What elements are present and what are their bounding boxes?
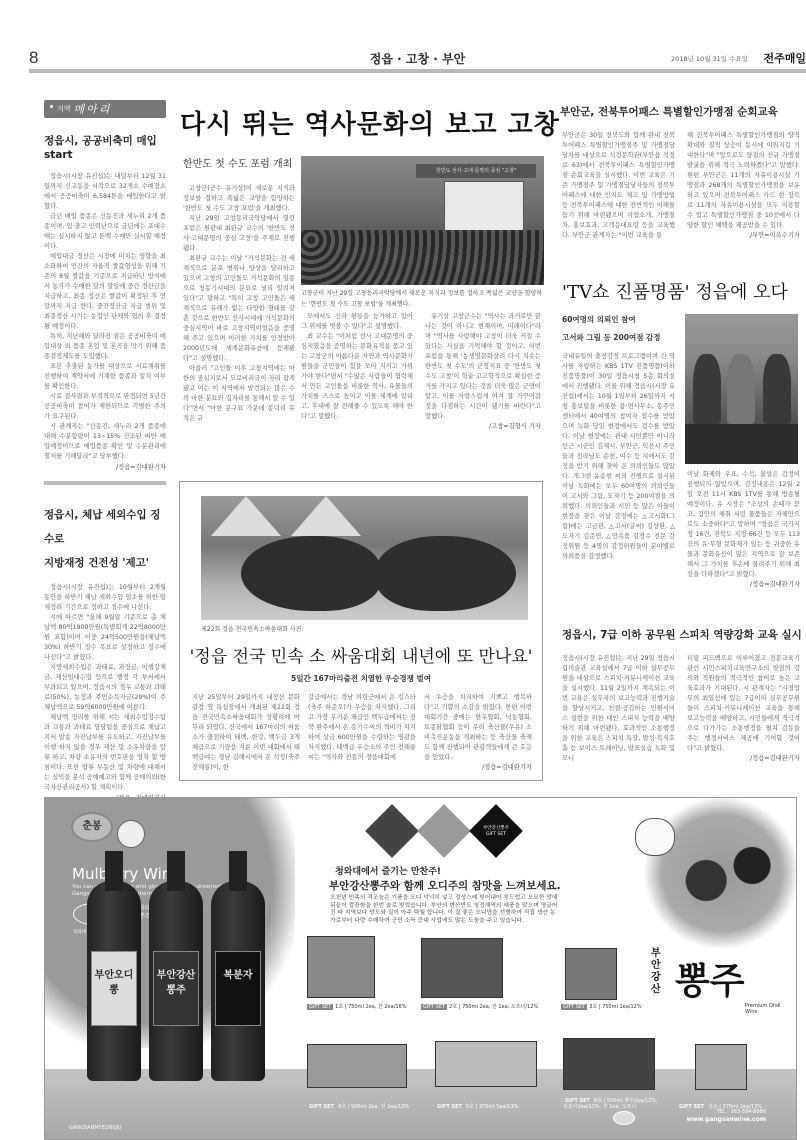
article-headline[interactable]: 'TV쇼 진품명품' 정읍에 오다 xyxy=(562,278,788,304)
gift-set-6-label: GIFT SET6호 | 500ml 뽕주2ea/12%, 복분자1ea/13%… xyxy=(563,1098,663,1110)
company-logo-icon xyxy=(613,1111,635,1125)
tv-show-photo[interactable] xyxy=(685,314,798,464)
article-column-3: 서 우승을 차지하여 기쁘고 행복하다"고 기쁨의 소감을 밝혔다. 한편 이번… xyxy=(424,693,532,773)
brand-vertical: 부안강산 xyxy=(651,948,663,996)
mascot-icon xyxy=(635,818,675,856)
byline: /정읍=김대완기자 xyxy=(424,763,532,773)
tag-small: 지역 xyxy=(57,104,71,114)
paragraph: 지난 29일 고창동리국악당에서 열린 포럼은 원광대 최완규 교수의 '한반도… xyxy=(183,214,295,254)
article-column-2: 모에서도 신라 왕릉을 능가하고 있어 그 위세를 엿볼 수 있다"고 설명했다… xyxy=(301,312,413,422)
tent xyxy=(291,496,361,536)
ad-title: Mulberry Wine xyxy=(72,865,181,883)
photo-banner: 한반도 선사·고대 문명의 중심 "고창" xyxy=(416,164,536,178)
brand-logo-big: 뽕주 xyxy=(675,953,745,1004)
paragraph: 최 교수는 "이처럼 선사 고대문명의 중심지였음을 증명하는 문화유적을 품고… xyxy=(301,332,413,422)
article-headline[interactable]: '정읍 전국 민속 소 싸움대회 내년에 또 만나요' xyxy=(180,642,542,667)
article-column-1: 국내유일의 출장감정 프로그램이며 긴 역사를 자랑하는 KBS 1TV 진품명… xyxy=(562,352,675,562)
article-headline[interactable]: 정읍시, 체납 세외수입 징수로 지방재정 건전성 '제고' xyxy=(44,503,166,575)
byline: /부안=이옥수기자 xyxy=(687,231,800,241)
gift-set-1-image[interactable] xyxy=(307,936,375,998)
sub-headline-2: 고서와 그림 등 200여점 감정 xyxy=(562,332,661,343)
paragraph: 지방세외수입은 과태료, 과징금, 이행강제금, 재산임대수입 등으로 행정 각… xyxy=(44,663,166,713)
gift-set-5-image[interactable] xyxy=(435,1041,537,1087)
paragraph: 매입대금 정산은 시장에 미치는 영향을 최소화하여 민간의 자율적 쌀값형성을… xyxy=(44,252,166,332)
paragraph: 금년 매입 품종은 신동진과 새누리 2개 품종이며, 입·출고 인력난으로 금… xyxy=(44,212,166,252)
article-body: 정읍시(시장 유진섭)는 내달부터 12월 31일까지 신교동을 시작으로 32… xyxy=(44,172,166,462)
paragraph: 표본 추출된 농가를 대상으로 시료채취를 진행하여 계약서에 기재한 품종과 … xyxy=(44,362,166,392)
wine-bottle: 부안강산 뽕주 xyxy=(149,881,203,1081)
article-column-1: 지난 25일부터 29일까지 내장산 문화광장 옆 특설장에서 개최된 제22회… xyxy=(192,693,300,773)
issue-date: 2018년 10월 31일 수요일 xyxy=(671,54,748,63)
gift-set-5-label: GIFT SET5호 | 375ml 5ea/13% xyxy=(435,1103,518,1110)
sub-headline: 5일간 167마리출전 치열한 우승경쟁 벌여 xyxy=(180,673,542,684)
person xyxy=(763,354,791,424)
person xyxy=(727,354,755,424)
leaf-image xyxy=(417,804,471,858)
headline-line-1: 정읍시, 체납 세외수입 징수로 xyxy=(44,503,166,551)
byline: /정읍=김대완기자 xyxy=(687,580,800,590)
sub-headline: 한반도 첫 수도 포럼 개최 xyxy=(183,155,292,170)
article-column-2: 해 전북투어패스 특별할인가맹점의 양적 확대와 질적 상승이 동시에 이뤄지길… xyxy=(687,131,800,241)
brand-mark: GANGSANMYEONGJU xyxy=(69,1125,122,1131)
photo-caption: 고창군이 지난 29일 고창동리국악당에서 새로운 지식과 정보를 접하고 폭넓… xyxy=(301,288,544,310)
article-headline[interactable]: 부안군, 전북투어패스 특별할인가맹점 순회교육 xyxy=(560,104,778,119)
page-header: 8 정읍 · 고창 · 부안 2018년 10월 31일 수요일 전주매일 xyxy=(29,46,806,74)
paragraph: 유기상 고창군수는 "역사는 과거로만 끝나는 것이 아니고 현재이며, 미래이… xyxy=(425,312,541,422)
bullfight-photo[interactable] xyxy=(201,496,528,620)
article-column-2: 이날 화제와 우표, 수석, 불상은 감정이 진행되지 않았으며, 감정내용은 … xyxy=(687,470,800,590)
gift-set-4-label: GIFT SET4호 | 500ml 2ea, 잔 2ea/12% xyxy=(307,1103,409,1110)
column-text: 터링 피드백으로 이루어졌고 전문교육기관인 시민스피치교육연구소의 양질의 강… xyxy=(687,655,800,752)
paragraph: 정읍시(시장 유진섭)는 10월부터 2개월 동안을 하반기 체납 세외수입 일… xyxy=(44,583,166,613)
left-column: 지역 메아리 정읍시, 공공비축미 매입 start 정읍시(시장 유진섭)는 … xyxy=(44,100,166,816)
article-headline[interactable]: 정읍시, 7급 이하 공무원 스피치 역량강화 교육 실시 xyxy=(562,627,802,642)
article-column-2: 강급에서는 경남 의령군에서 온 킹스타(축주 하준오)가 우승을 차지했다. … xyxy=(308,693,416,763)
paragraph: 특히, 지난해와 달라진 점은 공공비축미 매입대상 외 품종 혼입 및 혼곡을… xyxy=(44,332,166,362)
byline: /고창=김형식 기자 xyxy=(425,422,541,432)
ad-headline-2: 부안강산뽕주와 함께 오디주의 참맛을 느껴보세요. xyxy=(329,878,561,893)
paragraph: 시료 검사결과 부적격으로 판정되면 5년간 공공비축미 참여가 제한되므로 각… xyxy=(44,392,166,422)
bottle-label: 부안강산 뽕주 xyxy=(153,951,199,1026)
tag-big: 메아리 xyxy=(74,101,112,117)
gift-set-3-label: GIFT SET3호 | 750ml 1ea/12% xyxy=(561,1003,642,1010)
article-column-1: 부안군은 30일 전북도와 함께 관내 전북투어패스 특별할인가맹점주 및 가맹… xyxy=(562,131,675,241)
bull-right xyxy=(376,536,516,611)
article-column-2: 터링 피드백으로 이루어졌고 전문교육기관인 시민스피치교육연구소의 양질의 강… xyxy=(687,654,800,764)
brand-logo: 춘봉 xyxy=(71,812,113,842)
paragraph: 고창군(군수 유기상)이 새로운 지식과 정보를 접하고 폭넓은 교양을 함양하… xyxy=(183,184,295,214)
article-column-3: 유기상 고창군수는 "역사는 과거로만 끝나는 것이 아니고 현재이며, 미래이… xyxy=(425,312,541,432)
section-tag-bar: 지역 메아리 xyxy=(44,100,166,118)
bullet-icon xyxy=(50,105,53,108)
wine-bottle: 부안오디뽕 xyxy=(87,881,141,1081)
photo-caption: 제22회 정읍 전국민속소싸움대회 사진. xyxy=(201,624,303,633)
paragraph: 시에 따르면 "올해 9월말 기준으로 총 체납액 80억1900만원(특별회계… xyxy=(44,613,166,663)
ad-headline-1: 청와대에서 즐기는 만찬주! xyxy=(335,864,441,877)
paragraph: 정읍시(시장 유진섭)는 내달부터 12월 31일까지 신교동을 시작으로 32… xyxy=(44,172,166,212)
article-body: 정읍시(시장 유진섭)는 10월부터 2개월 동안을 하반기 체납 세외수입 일… xyxy=(44,583,166,793)
wine-bottle: 복분자 xyxy=(211,881,265,1081)
premium-label: Premium Ohdi Wine xyxy=(745,1003,785,1015)
berry-image xyxy=(365,804,419,858)
mascot-icon xyxy=(117,820,145,848)
tent xyxy=(211,496,281,536)
byline: /정읍=김대완기자 xyxy=(687,754,800,764)
column-text: 서 우승을 차지하여 기쁘고 행복하다"고 기쁨의 소감을 밝혔다. 한편 이번… xyxy=(424,694,532,761)
bottle-label: 부안오디뽕 xyxy=(91,951,137,1026)
paragraph: 모에서도 신라 왕릉을 능가하고 있어 그 위세를 엿볼 수 있다"고 설명했다… xyxy=(301,312,413,332)
gift-set-7-image[interactable] xyxy=(695,1044,747,1090)
gift-set-badge-label: 부안강산뽕주 GIFT SET xyxy=(479,826,513,838)
gift-set-2-label: GIFT SET2호 | 750ml 2ea, 잔 1ea, 오프너/12% xyxy=(421,1003,538,1010)
paragraph: 최완규 교수는 이날 "거석문화는 전 세계적으로 분포 범위나 양상을 달리하… xyxy=(183,254,295,364)
gift-set-3-image[interactable] xyxy=(565,948,617,1000)
newspaper-name: 전주매일 xyxy=(763,50,806,66)
column-text: 이날 화제와 우표, 수석, 불상은 감정이 진행되지 않았으며, 감정내용은 … xyxy=(687,471,800,578)
contact-info: TEL : 063-584-8980 www.gangsanwine.com xyxy=(687,1109,766,1123)
gift-set-1-label: GIFT SET1호 | 750ml 2ea, 잔 2ea/16% xyxy=(307,1003,407,1010)
sub-headline-1: 60여명의 의뢰인 참여 xyxy=(562,314,636,325)
article-column-1: 고창군(군수 유기상)이 새로운 지식과 정보를 접하고 폭넓은 교양을 함양하… xyxy=(183,184,295,424)
header-divider xyxy=(29,69,806,73)
column-text: 해 전북투어패스 특별할인가맹점의 양적 확대와 질적 상승이 동시에 이뤄지길… xyxy=(687,132,800,229)
byline: /정읍=김대완기자 xyxy=(44,462,166,471)
paragraph: 시 관계자는 "신동진, 새누리 2개 품종에 대해 수분함량이 13~15% … xyxy=(44,422,166,462)
diamond-images: 부안강산뽕주 GIFT SET xyxy=(365,808,515,856)
forum-photo[interactable]: 한반도 선사·고대 문명의 중심 "고창" xyxy=(301,156,544,285)
person xyxy=(693,354,721,424)
main-headline[interactable]: 다시 뛰는 역사문화의 보고 고창 xyxy=(180,104,540,141)
ad-body-copy: 오천년 민족의 격조높은 기품을 오디 넉넉히 넣고 정성스레 빚어내어 부드럽… xyxy=(330,895,560,925)
table xyxy=(685,424,798,464)
audience xyxy=(301,230,544,285)
article-column-1: 정읍시(시장 유진섭)는 지난 29일 정읍시립미술관 교육실에서 7급 이하 … xyxy=(562,654,675,764)
headline-line-2: 지방재정 건전성 '제고' xyxy=(44,551,166,575)
paragraph: 체납액 정리를 위해 시는 세외수입징수팀과 교통과 과태료 담당팀을 중심으로… xyxy=(44,713,166,793)
paragraph: 아울러 "고인돌 이후 고창지역에는 마한의 중심지로서 모로비리국이 자리 잡… xyxy=(183,364,295,424)
bullfight-article-box: 제22회 정읍 전국민속소싸움대회 사진. '정읍 전국 민속 소 싸움대회 내… xyxy=(179,481,543,781)
gift-set-4-image[interactable] xyxy=(307,1044,407,1088)
website-link[interactable]: www.gangsanwine.com xyxy=(687,1116,766,1123)
bull-left xyxy=(241,536,381,611)
gift-set-6-image[interactable] xyxy=(563,1038,655,1090)
mulberry-wine-advertisement[interactable]: 춘봉 Mulberry Wine You can now enjoy the w… xyxy=(44,797,797,1140)
article-headline[interactable]: 정읍시, 공공비축미 매입 start xyxy=(44,134,166,162)
bottle-label: 복분자 xyxy=(215,951,261,1026)
phone-number: TEL : 063-584-8980 xyxy=(687,1109,766,1116)
gift-set-2-image[interactable] xyxy=(421,938,503,998)
